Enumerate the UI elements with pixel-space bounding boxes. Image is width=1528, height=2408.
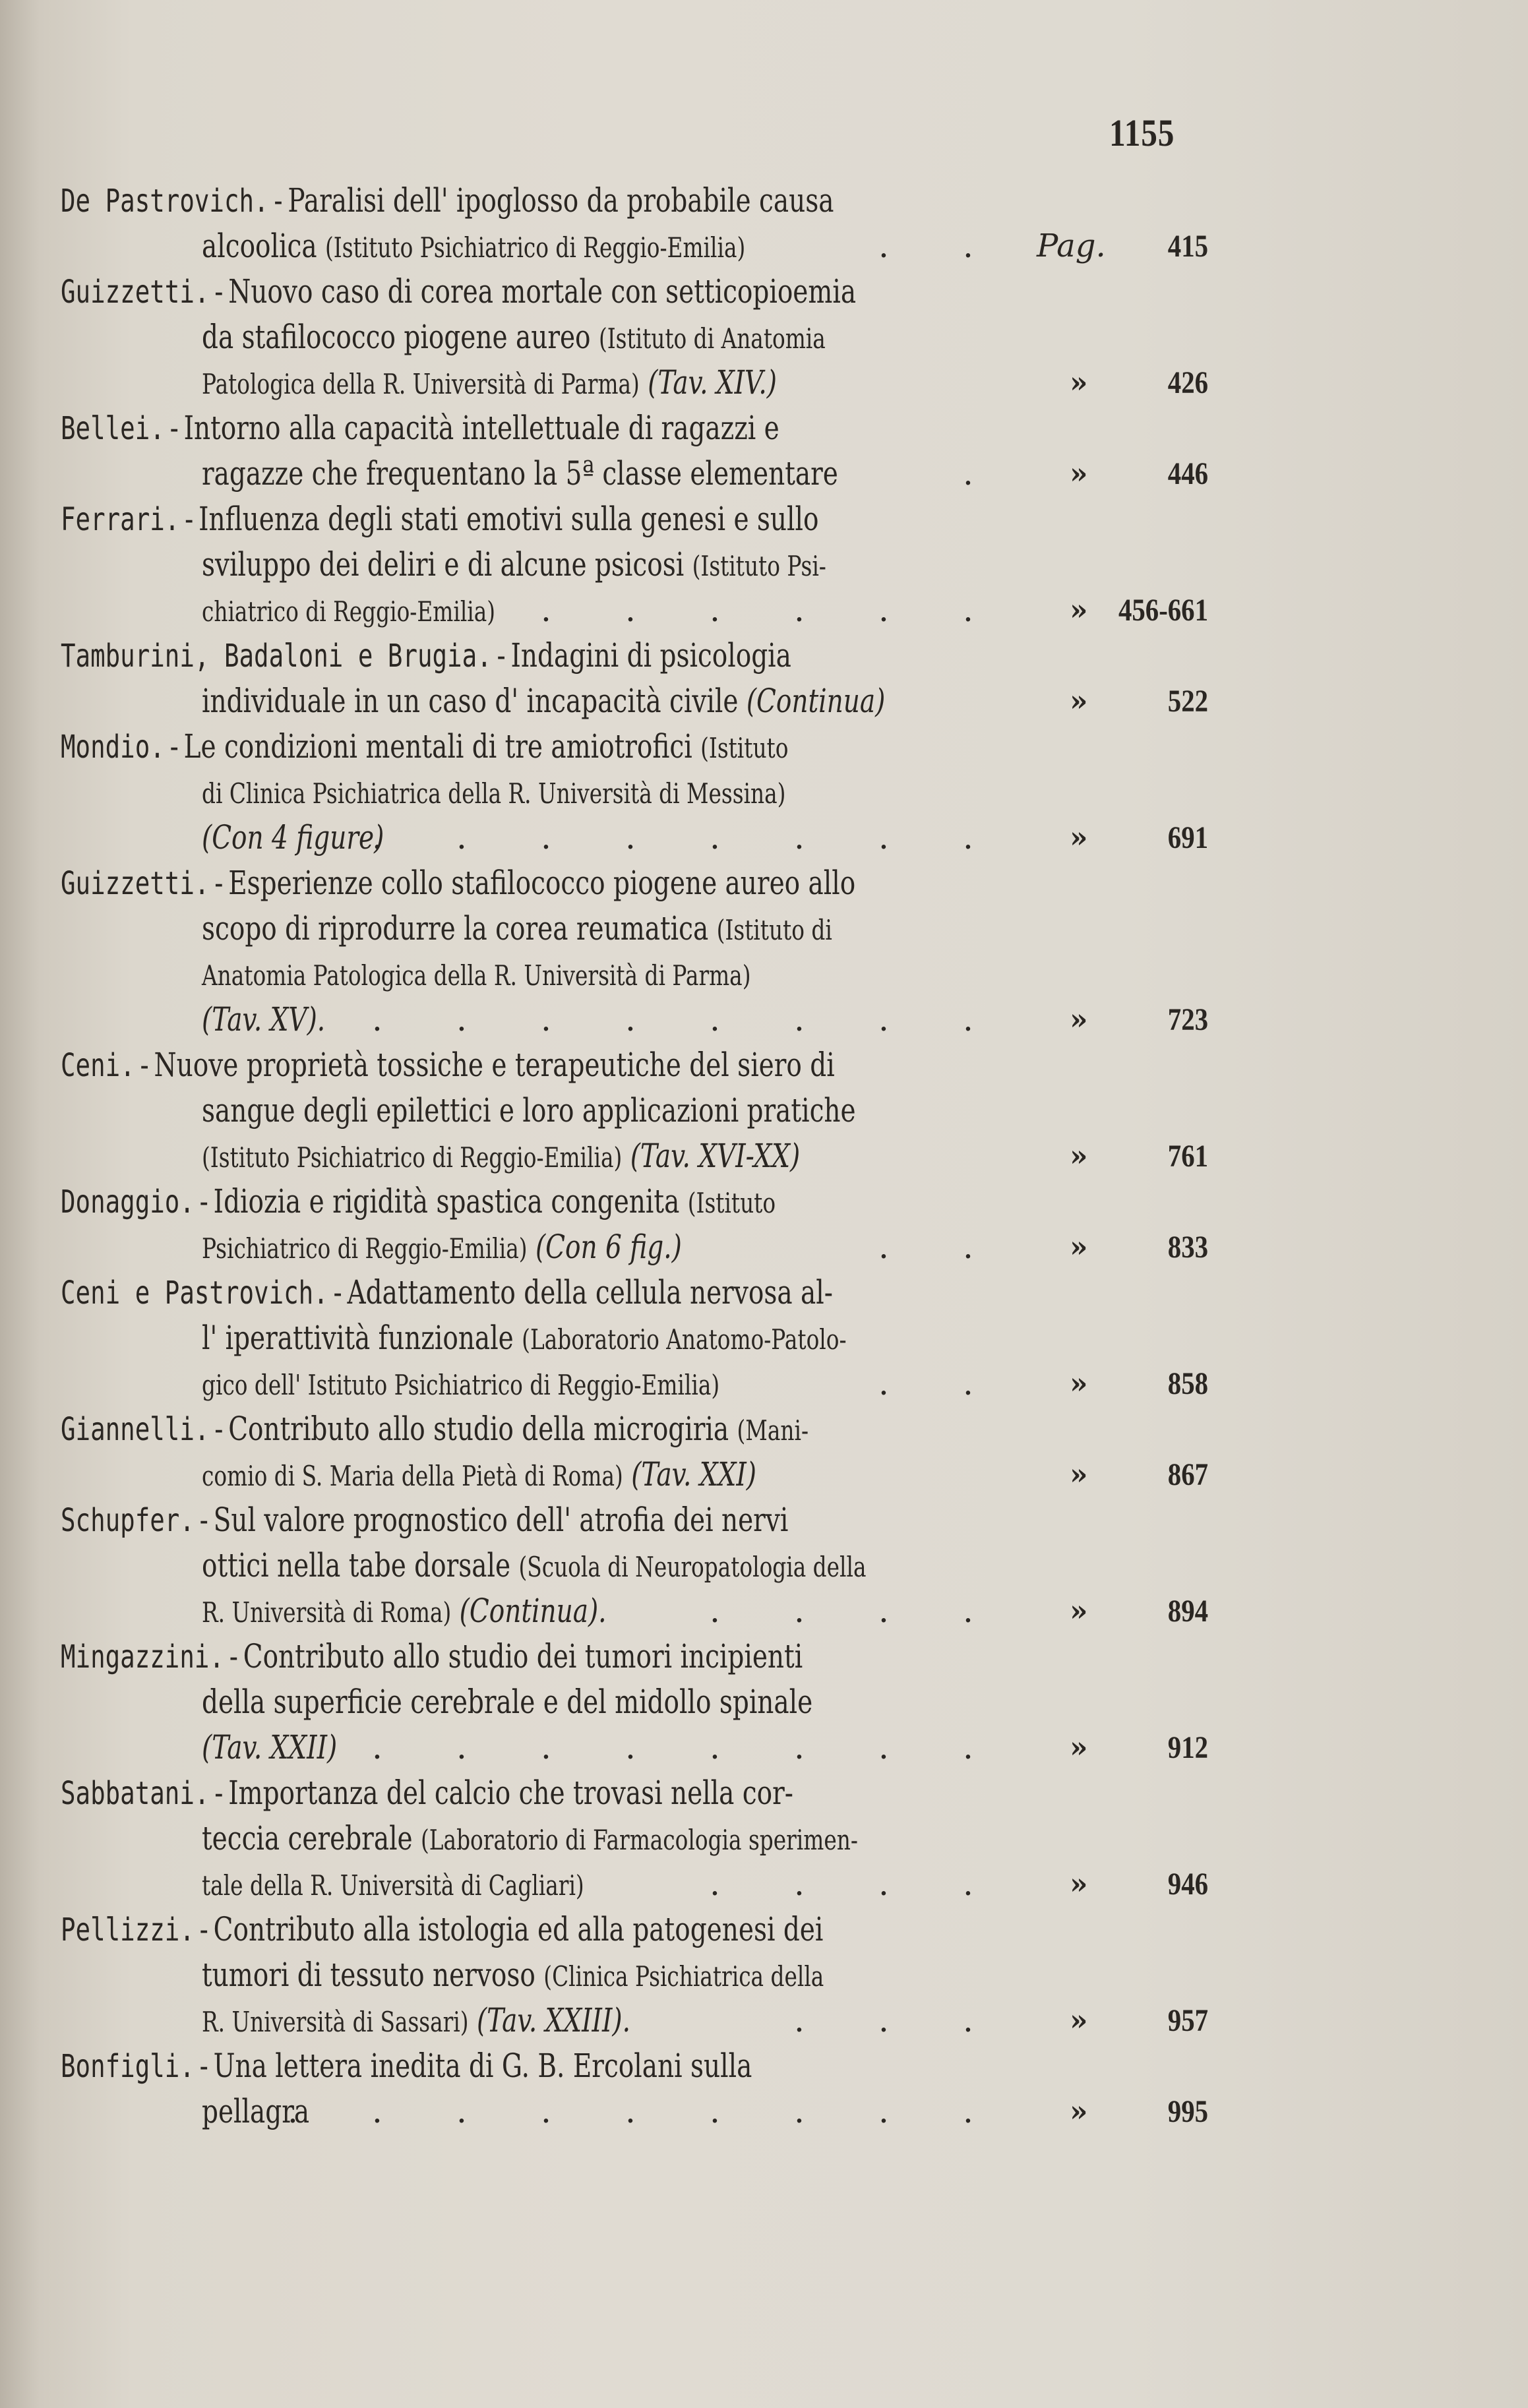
institution-note: (Istituto Psichiatrico di Reggio-Emilia) xyxy=(202,1141,622,1174)
dot-leaders: .. xyxy=(841,224,1010,269)
author-name: Sabbatani. xyxy=(61,1775,209,1812)
institution-note: (Istituto Psi- xyxy=(692,550,826,582)
page-reference: »522 xyxy=(1037,678,1208,724)
article-title: Contributo allo studio della microgiria xyxy=(228,1410,729,1448)
toc-entry-line: Mingazzini.-Contributo allo studio dei t… xyxy=(61,1634,1208,1679)
toc-entry-line: Ceni e Pastrovich.-Adattamento della cel… xyxy=(61,1270,1208,1315)
separator-dash: - xyxy=(200,1182,208,1220)
author-name: Mondio. xyxy=(61,729,165,766)
line-text: da stafilococco piogene aureo (Istituto … xyxy=(202,315,826,361)
page-number-ref: 894 xyxy=(1168,1588,1208,1634)
plate-note: (Tav. XVI-XX) xyxy=(630,1137,801,1175)
ditto-mark: » xyxy=(1070,815,1088,860)
line-text: R. Università di Sassari) (Tav. XXIII). xyxy=(202,1998,630,2045)
line-text: Ceni e Pastrovich.-Adattamento della cel… xyxy=(61,1270,833,1316)
page-number-ref: 867 xyxy=(1168,1452,1208,1497)
plate-note: (Tav. XXII) xyxy=(202,1728,337,1766)
ditto-mark: » xyxy=(1070,587,1088,633)
institution-note: (Istituto di Anatomia xyxy=(599,322,826,355)
plate-note: (Tav. XV). xyxy=(202,1000,325,1038)
institution-note: gico dell' Istituto Psichiatrico di Regg… xyxy=(202,1369,719,1401)
toc-entry-line: Anatomia Patologica della R. Università … xyxy=(61,951,1208,997)
dot-leaders: ........ xyxy=(335,815,1010,860)
line-text: Guizzetti.-Nuovo caso di corea mortale c… xyxy=(61,269,856,315)
line-text: individuale in un caso d' incapacità civ… xyxy=(202,678,885,724)
toc-entry: Bellei.-Intorno alla capacità intellettu… xyxy=(61,406,1208,497)
dot-leaders: ...... xyxy=(504,587,1010,633)
line-text: ragazze che frequentano la 5ª classe ele… xyxy=(202,451,838,497)
toc-entry-line: Donaggio.-Idiozia e rigidità spastica co… xyxy=(61,1179,1208,1224)
dot-leaders: .. xyxy=(841,1224,1010,1270)
ditto-mark: » xyxy=(1070,997,1088,1042)
line-text: (Tav. XV). xyxy=(202,997,325,1042)
institution-note: chiatrico di Reggio-Emilia) xyxy=(202,595,495,628)
page-reference: »946 xyxy=(1037,1861,1208,1907)
table-of-contents: De Pastrovich.-Paralisi dell' ipoglosso … xyxy=(61,178,1208,2134)
toc-entry-line: R. Università di Sassari) (Tav. XXIII). … xyxy=(61,1998,1208,2043)
pag-label: Pag. xyxy=(1037,224,1106,269)
toc-entry-line: chiatrico di Reggio-Emilia) ......»456-6… xyxy=(61,587,1208,633)
article-title: Indagini di psicologia xyxy=(510,636,791,675)
line-text: Psichiatrico di Reggio-Emilia) (Con 6 fi… xyxy=(202,1224,682,1271)
article-title: della superficie cerebrale e del midollo… xyxy=(202,1683,812,1721)
separator-dash: - xyxy=(334,1273,342,1311)
toc-entry-line: individuale in un caso d' incapacità civ… xyxy=(61,678,1208,724)
toc-entry-line: comio di S. Maria della Pietà di Roma) (… xyxy=(61,1452,1208,1497)
dot-leaders: . xyxy=(926,451,1010,497)
line-text: alcoolica (Istituto Psichiatrico di Regg… xyxy=(202,224,745,270)
institution-note: R. Università di Roma) xyxy=(202,1596,451,1629)
article-title: Le condizioni mentali di tre amiotrofici xyxy=(184,727,692,766)
toc-entry-line: Bonfigli.-Una lettera inedita di G. B. E… xyxy=(61,2043,1208,2089)
toc-entry: Guizzetti.-Nuovo caso di corea mortale c… xyxy=(61,269,1208,406)
line-text: sangue degli epilettici e loro applicazi… xyxy=(202,1088,856,1133)
ditto-mark: » xyxy=(1070,1452,1088,1497)
line-text: Anatomia Patologica della R. Università … xyxy=(202,951,750,998)
article-title: l' iperattività funzionale xyxy=(202,1319,514,1357)
toc-entry-line: teccia cerebrale (Laboratorio di Farmaco… xyxy=(61,1816,1208,1861)
line-text: gico dell' Istituto Psichiatrico di Regg… xyxy=(202,1361,719,1408)
toc-entry-line: Ferrari.-Influenza degli stati emotivi s… xyxy=(61,497,1208,542)
page-number-ref: 833 xyxy=(1168,1224,1208,1270)
article-title: Paralisi dell' ipoglosso da probabile ca… xyxy=(288,181,834,220)
author-name: Bellei. xyxy=(61,410,165,447)
page-number-ref: 723 xyxy=(1168,997,1208,1042)
page-reference: »691 xyxy=(1037,815,1208,860)
separator-dash: - xyxy=(229,1637,238,1675)
toc-entry-line: sviluppo dei deliri e di alcune psicosi … xyxy=(61,542,1208,587)
line-text: Giannelli.-Contributo allo studio della … xyxy=(61,1406,809,1453)
institution-note: comio di S. Maria della Pietà di Roma) xyxy=(202,1460,623,1492)
toc-entry-line: Patologica della R. Università di Parma)… xyxy=(61,360,1208,406)
toc-entry-line: R. Università di Roma) (Continua). ....»… xyxy=(61,1588,1208,1634)
line-text: comio di S. Maria della Pietà di Roma) (… xyxy=(202,1452,756,1499)
toc-entry-line: Giannelli.-Contributo allo studio della … xyxy=(61,1406,1208,1452)
line-text: Guizzetti.-Esperienze collo stafilococco… xyxy=(61,860,855,907)
line-text: (Istituto Psichiatrico di Reggio-Emilia)… xyxy=(202,1133,800,1180)
author-name: Ceni e Pastrovich. xyxy=(61,1275,328,1311)
toc-entry-line: (Tav. XXII) ........»912 xyxy=(61,1725,1208,1770)
separator-dash: - xyxy=(170,727,179,766)
toc-entry-line: pellagra .........»995 xyxy=(61,2089,1208,2134)
article-title: teccia cerebrale xyxy=(202,1819,413,1857)
toc-entry-line: Pellizzi.-Contributo alla istologia ed a… xyxy=(61,1907,1208,1952)
dot-leaders: ......... xyxy=(251,2089,1010,2134)
dot-leaders: .... xyxy=(673,1588,1010,1634)
toc-entry-line: di Clinica Psichiatrica della R. Univers… xyxy=(61,769,1208,815)
toc-entry-line: (Istituto Psichiatrico di Reggio-Emilia)… xyxy=(61,1133,1208,1179)
institution-note: (Istituto Psichiatrico di Reggio-Emilia) xyxy=(325,231,745,264)
author-name: Ceni. xyxy=(61,1047,135,1084)
toc-entry-line: (Con 4 figure) ........»691 xyxy=(61,815,1208,860)
toc-entry-line: da stafilococco piogene aureo (Istituto … xyxy=(61,315,1208,360)
article-title: Nuovo caso di corea mortale con setticop… xyxy=(228,272,856,311)
line-text: di Clinica Psichiatrica della R. Univers… xyxy=(202,769,785,816)
ditto-mark: » xyxy=(1070,2089,1088,2134)
toc-entry-line: ottici nella tabe dorsale (Scuola di Neu… xyxy=(61,1543,1208,1588)
ditto-mark: » xyxy=(1070,451,1088,497)
line-text: tumori di tessuto nervoso (Clinica Psich… xyxy=(202,1952,824,1999)
page-number-ref: 858 xyxy=(1168,1361,1208,1406)
line-text: Schupfer.-Sul valore prognostico dell' a… xyxy=(61,1497,788,1544)
article-title: scopo di riprodurre la corea reumatica xyxy=(202,909,708,948)
article-title: Contributo allo studio dei tumori incipi… xyxy=(243,1637,803,1675)
institution-note: Psichiatrico di Reggio-Emilia) xyxy=(202,1232,528,1265)
article-title: Una lettera inedita di G. B. Ercolani su… xyxy=(214,2047,752,2085)
institution-note: (Laboratorio Anatomo-Patolo- xyxy=(522,1323,846,1356)
author-name: Schupfer. xyxy=(61,1502,195,1539)
page-number-ref: 946 xyxy=(1168,1861,1208,1907)
ditto-mark: » xyxy=(1070,360,1088,406)
separator-dash: - xyxy=(214,864,223,902)
toc-entry-line: della superficie cerebrale e del midollo… xyxy=(61,1679,1208,1725)
toc-entry-line: alcoolica (Istituto Psichiatrico di Regg… xyxy=(61,224,1208,269)
ditto-mark: » xyxy=(1070,1861,1088,1907)
line-text: Pellizzi.-Contributo alla istologia ed a… xyxy=(61,1907,823,1953)
institution-note: (Laboratorio di Farmacologia sperimen- xyxy=(421,1824,858,1856)
toc-entry-line: Guizzetti.-Esperienze collo stafilococco… xyxy=(61,860,1208,906)
separator-dash: - xyxy=(200,1910,208,1948)
toc-entry: Ceni.-Nuove proprietà tossiche e terapeu… xyxy=(61,1042,1208,1179)
separator-dash: - xyxy=(214,1410,223,1448)
article-title: Importanza del calcio che trovasi nella … xyxy=(228,1774,793,1812)
author-name: Ferrari. xyxy=(61,501,179,538)
page-reference: »426 xyxy=(1037,360,1208,406)
toc-entry-line: l' iperattività funzionale (Laboratorio … xyxy=(61,1315,1208,1361)
toc-entry-line: sangue degli epilettici e loro applicazi… xyxy=(61,1088,1208,1133)
page-reference: »957 xyxy=(1037,1998,1208,2043)
institution-note: (Scuola di Neuropatologia della xyxy=(518,1551,866,1583)
ditto-mark: » xyxy=(1070,1361,1088,1406)
page-number-ref: 691 xyxy=(1168,815,1208,860)
dot-leaders: .. xyxy=(841,1361,1010,1406)
ditto-mark: » xyxy=(1070,678,1088,724)
page-number-ref: 446 xyxy=(1168,451,1208,497)
page-reference: »761 xyxy=(1037,1133,1208,1179)
article-title: ottici nella tabe dorsale xyxy=(202,1546,510,1584)
separator-dash: - xyxy=(170,409,179,447)
line-text: Sabbatani.-Importanza del calcio che tro… xyxy=(61,1770,793,1817)
author-name: Pellizzi. xyxy=(61,1911,195,1948)
toc-entry: Ferrari.-Influenza degli stati emotivi s… xyxy=(61,497,1208,633)
institution-note: tale della R. Università di Cagliari) xyxy=(202,1869,584,1902)
toc-entry-line: Tamburini, Badaloni e Brugia.-Indagini d… xyxy=(61,633,1208,678)
toc-entry-line: Guizzetti.-Nuovo caso di corea mortale c… xyxy=(61,269,1208,315)
line-text: chiatrico di Reggio-Emilia) xyxy=(202,587,495,634)
page-number-ref: 522 xyxy=(1168,678,1208,724)
ditto-mark: » xyxy=(1070,1998,1088,2043)
toc-entry: Sabbatani.-Importanza del calcio che tro… xyxy=(61,1770,1208,1907)
toc-entry-line: De Pastrovich.-Paralisi dell' ipoglosso … xyxy=(61,178,1208,224)
dot-leaders: ........ xyxy=(335,1725,1010,1770)
article-title: individuale in un caso d' incapacità civ… xyxy=(202,682,738,720)
article-title: tumori di tessuto nervoso xyxy=(202,1956,535,1994)
toc-entry-line: scopo di riprodurre la corea reumatica (… xyxy=(61,906,1208,951)
toc-entry: Guizzetti.-Esperienze collo stafilococco… xyxy=(61,860,1208,1042)
plate-note: (Con 6 fig.) xyxy=(535,1228,682,1266)
line-text: De Pastrovich.-Paralisi dell' ipoglosso … xyxy=(61,178,834,224)
toc-entry: De Pastrovich.-Paralisi dell' ipoglosso … xyxy=(61,178,1208,269)
toc-entry-line: ragazze che frequentano la 5ª classe ele… xyxy=(61,451,1208,497)
ditto-mark: » xyxy=(1070,1588,1088,1634)
page-number-ref: 995 xyxy=(1168,2089,1208,2134)
page-number-ref: 456-661 xyxy=(1118,587,1208,633)
institution-note: (Istituto di xyxy=(717,914,832,946)
ditto-mark: » xyxy=(1070,1725,1088,1770)
line-text: Ceni.-Nuove proprietà tossiche e terapeu… xyxy=(61,1042,835,1089)
toc-entry: Ceni e Pastrovich.-Adattamento della cel… xyxy=(61,1270,1208,1406)
plate-note: (Continua) xyxy=(747,682,886,720)
separator-dash: - xyxy=(214,1774,223,1812)
author-name: Donaggio. xyxy=(61,1184,195,1220)
line-text: ottici nella tabe dorsale (Scuola di Neu… xyxy=(202,1543,867,1590)
author-name: Mingazzini. xyxy=(61,1639,224,1675)
dot-leaders: ........ xyxy=(335,997,1010,1042)
separator-dash: - xyxy=(140,1046,149,1084)
author-name: Tamburini, Badaloni e Brugia. xyxy=(61,638,492,675)
page-number: 1155 xyxy=(1109,111,1175,155)
page-reference: »867 xyxy=(1037,1452,1208,1497)
toc-entry-line: Psichiatrico di Reggio-Emilia) (Con 6 fi… xyxy=(61,1224,1208,1270)
line-text: Patologica della R. Università di Parma)… xyxy=(202,360,777,407)
article-title: Intorno alla capacità intellettuale di r… xyxy=(184,409,779,447)
separator-dash: - xyxy=(274,181,282,220)
toc-entry-line: tale della R. Università di Cagliari) ..… xyxy=(61,1861,1208,1907)
article-title: Esperienze collo stafilococco piogene au… xyxy=(228,864,855,902)
line-text: l' iperattività funzionale (Laboratorio … xyxy=(202,1315,847,1362)
article-title: Influenza degli stati emotivi sulla gene… xyxy=(199,500,818,538)
toc-entry: Pellizzi.-Contributo alla istologia ed a… xyxy=(61,1907,1208,2043)
page-reference: »723 xyxy=(1037,997,1208,1042)
toc-entry-line: tumori di tessuto nervoso (Clinica Psich… xyxy=(61,1952,1208,1998)
line-text: teccia cerebrale (Laboratorio di Farmaco… xyxy=(202,1816,858,1863)
ditto-mark: » xyxy=(1070,1133,1088,1179)
institution-note: R. Università di Sassari) xyxy=(202,2006,469,2038)
line-text: Mondio.-Le condizioni mentali di tre ami… xyxy=(61,724,788,771)
author-name: Guizzetti. xyxy=(61,865,209,902)
page-reference: »858 xyxy=(1037,1361,1208,1406)
author-name: De Pastrovich. xyxy=(61,183,269,220)
institution-note: Anatomia Patologica della R. Università … xyxy=(202,959,750,992)
line-text: Bellei.-Intorno alla capacità intellettu… xyxy=(61,406,779,452)
page-number-ref: 415 xyxy=(1168,224,1208,269)
line-text: Ferrari.-Influenza degli stati emotivi s… xyxy=(61,497,818,543)
page-number-ref: 912 xyxy=(1168,1725,1208,1770)
line-text: Mingazzini.-Contributo allo studio dei t… xyxy=(61,1634,803,1680)
line-text: (Tav. XXII) xyxy=(202,1725,337,1770)
separator-dash: - xyxy=(200,1501,208,1539)
toc-entry-line: (Tav. XV). ........»723 xyxy=(61,997,1208,1042)
article-title: da stafilococco piogene aureo xyxy=(202,318,591,356)
separator-dash: - xyxy=(214,272,223,311)
institution-note: (Istituto xyxy=(688,1187,776,1219)
toc-entry: Schupfer.-Sul valore prognostico dell' a… xyxy=(61,1497,1208,1634)
institution-note: (Mani- xyxy=(737,1414,809,1447)
toc-entry-line: Ceni.-Nuove proprietà tossiche e terapeu… xyxy=(61,1042,1208,1088)
toc-entry-line: Mondio.-Le condizioni mentali di tre ami… xyxy=(61,724,1208,769)
toc-entry-line: gico dell' Istituto Psichiatrico di Regg… xyxy=(61,1361,1208,1406)
page-reference: »456-661 xyxy=(1037,587,1208,633)
article-title: sviluppo dei deliri e di alcune psicosi xyxy=(202,545,684,584)
plate-note: (Continua). xyxy=(460,1592,607,1630)
toc-entry-line: Bellei.-Intorno alla capacità intellettu… xyxy=(61,406,1208,451)
line-text: tale della R. Università di Cagliari) xyxy=(202,1861,584,1908)
ditto-mark: » xyxy=(1070,1224,1088,1270)
author-name: Giannelli. xyxy=(61,1411,209,1448)
page-reference: »894 xyxy=(1037,1588,1208,1634)
separator-dash: - xyxy=(185,500,193,538)
line-text: Tamburini, Badaloni e Brugia.-Indagini d… xyxy=(61,633,791,679)
page-number-ref: 761 xyxy=(1168,1133,1208,1179)
article-title: Nuove proprietà tossiche e terapeutiche … xyxy=(154,1046,834,1084)
toc-entry: Donaggio.-Idiozia e rigidità spastica co… xyxy=(61,1179,1208,1270)
toc-entry: Mondio.-Le condizioni mentali di tre ami… xyxy=(61,724,1208,860)
institution-note: (Istituto xyxy=(700,732,788,764)
page-reference: »995 xyxy=(1037,2089,1208,2134)
toc-entry: Bonfigli.-Una lettera inedita di G. B. E… xyxy=(61,2043,1208,2134)
plate-note: (Tav. XXIII). xyxy=(477,2001,630,2039)
plate-note: (Tav. XXI) xyxy=(631,1455,756,1493)
line-text: Bonfigli.-Una lettera inedita di G. B. E… xyxy=(61,2043,752,2090)
dot-leaders: .... xyxy=(673,1861,1010,1907)
page-reference: »446 xyxy=(1037,451,1208,497)
page-number-ref: 957 xyxy=(1168,1998,1208,2043)
article-title: Contributo alla istologia ed alla patoge… xyxy=(214,1910,824,1948)
page-reference: Pag.415 xyxy=(1037,224,1208,269)
toc-entry: Tamburini, Badaloni e Brugia.-Indagini d… xyxy=(61,633,1208,724)
article-title: ragazze che frequentano la 5ª classe ele… xyxy=(202,454,838,493)
separator-dash: - xyxy=(497,636,505,675)
line-text: scopo di riprodurre la corea reumatica (… xyxy=(202,906,832,953)
institution-note: di Clinica Psichiatrica della R. Univers… xyxy=(202,777,785,810)
institution-note: Patologica della R. Università di Parma) xyxy=(202,368,640,400)
toc-entry: Giannelli.-Contributo allo studio della … xyxy=(61,1406,1208,1497)
dot-leaders: ... xyxy=(757,1998,1010,2043)
author-name: Bonfigli. xyxy=(61,2048,195,2085)
line-text: R. Università di Roma) (Continua). xyxy=(202,1588,607,1635)
toc-entry-line: Sabbatani.-Importanza del calcio che tro… xyxy=(61,1770,1208,1816)
article-title: Idiozia e rigidità spastica congenita xyxy=(214,1182,680,1220)
author-name: Guizzetti. xyxy=(61,274,209,311)
separator-dash: - xyxy=(200,2047,208,2085)
article-title: alcoolica xyxy=(202,227,317,265)
toc-entry: Mingazzini.-Contributo allo studio dei t… xyxy=(61,1634,1208,1770)
line-text: sviluppo dei deliri e di alcune psicosi … xyxy=(202,542,826,589)
page-reference: »912 xyxy=(1037,1725,1208,1770)
page-reference: »833 xyxy=(1037,1224,1208,1270)
article-title: Sul valore prognostico dell' atrofia dei… xyxy=(214,1501,789,1539)
institution-note: (Clinica Psichiatrica della xyxy=(543,1960,824,1993)
article-title: sangue degli epilettici e loro applicazi… xyxy=(202,1091,856,1129)
line-text: della superficie cerebrale e del midollo… xyxy=(202,1679,812,1725)
plate-note: (Tav. XIV.) xyxy=(648,363,777,402)
toc-entry-line: Schupfer.-Sul valore prognostico dell' a… xyxy=(61,1497,1208,1543)
article-title: Adattamento della cellula nervosa al- xyxy=(348,1273,833,1311)
page-number-ref: 426 xyxy=(1168,360,1208,406)
line-text: Donaggio.-Idiozia e rigidità spastica co… xyxy=(61,1179,776,1226)
